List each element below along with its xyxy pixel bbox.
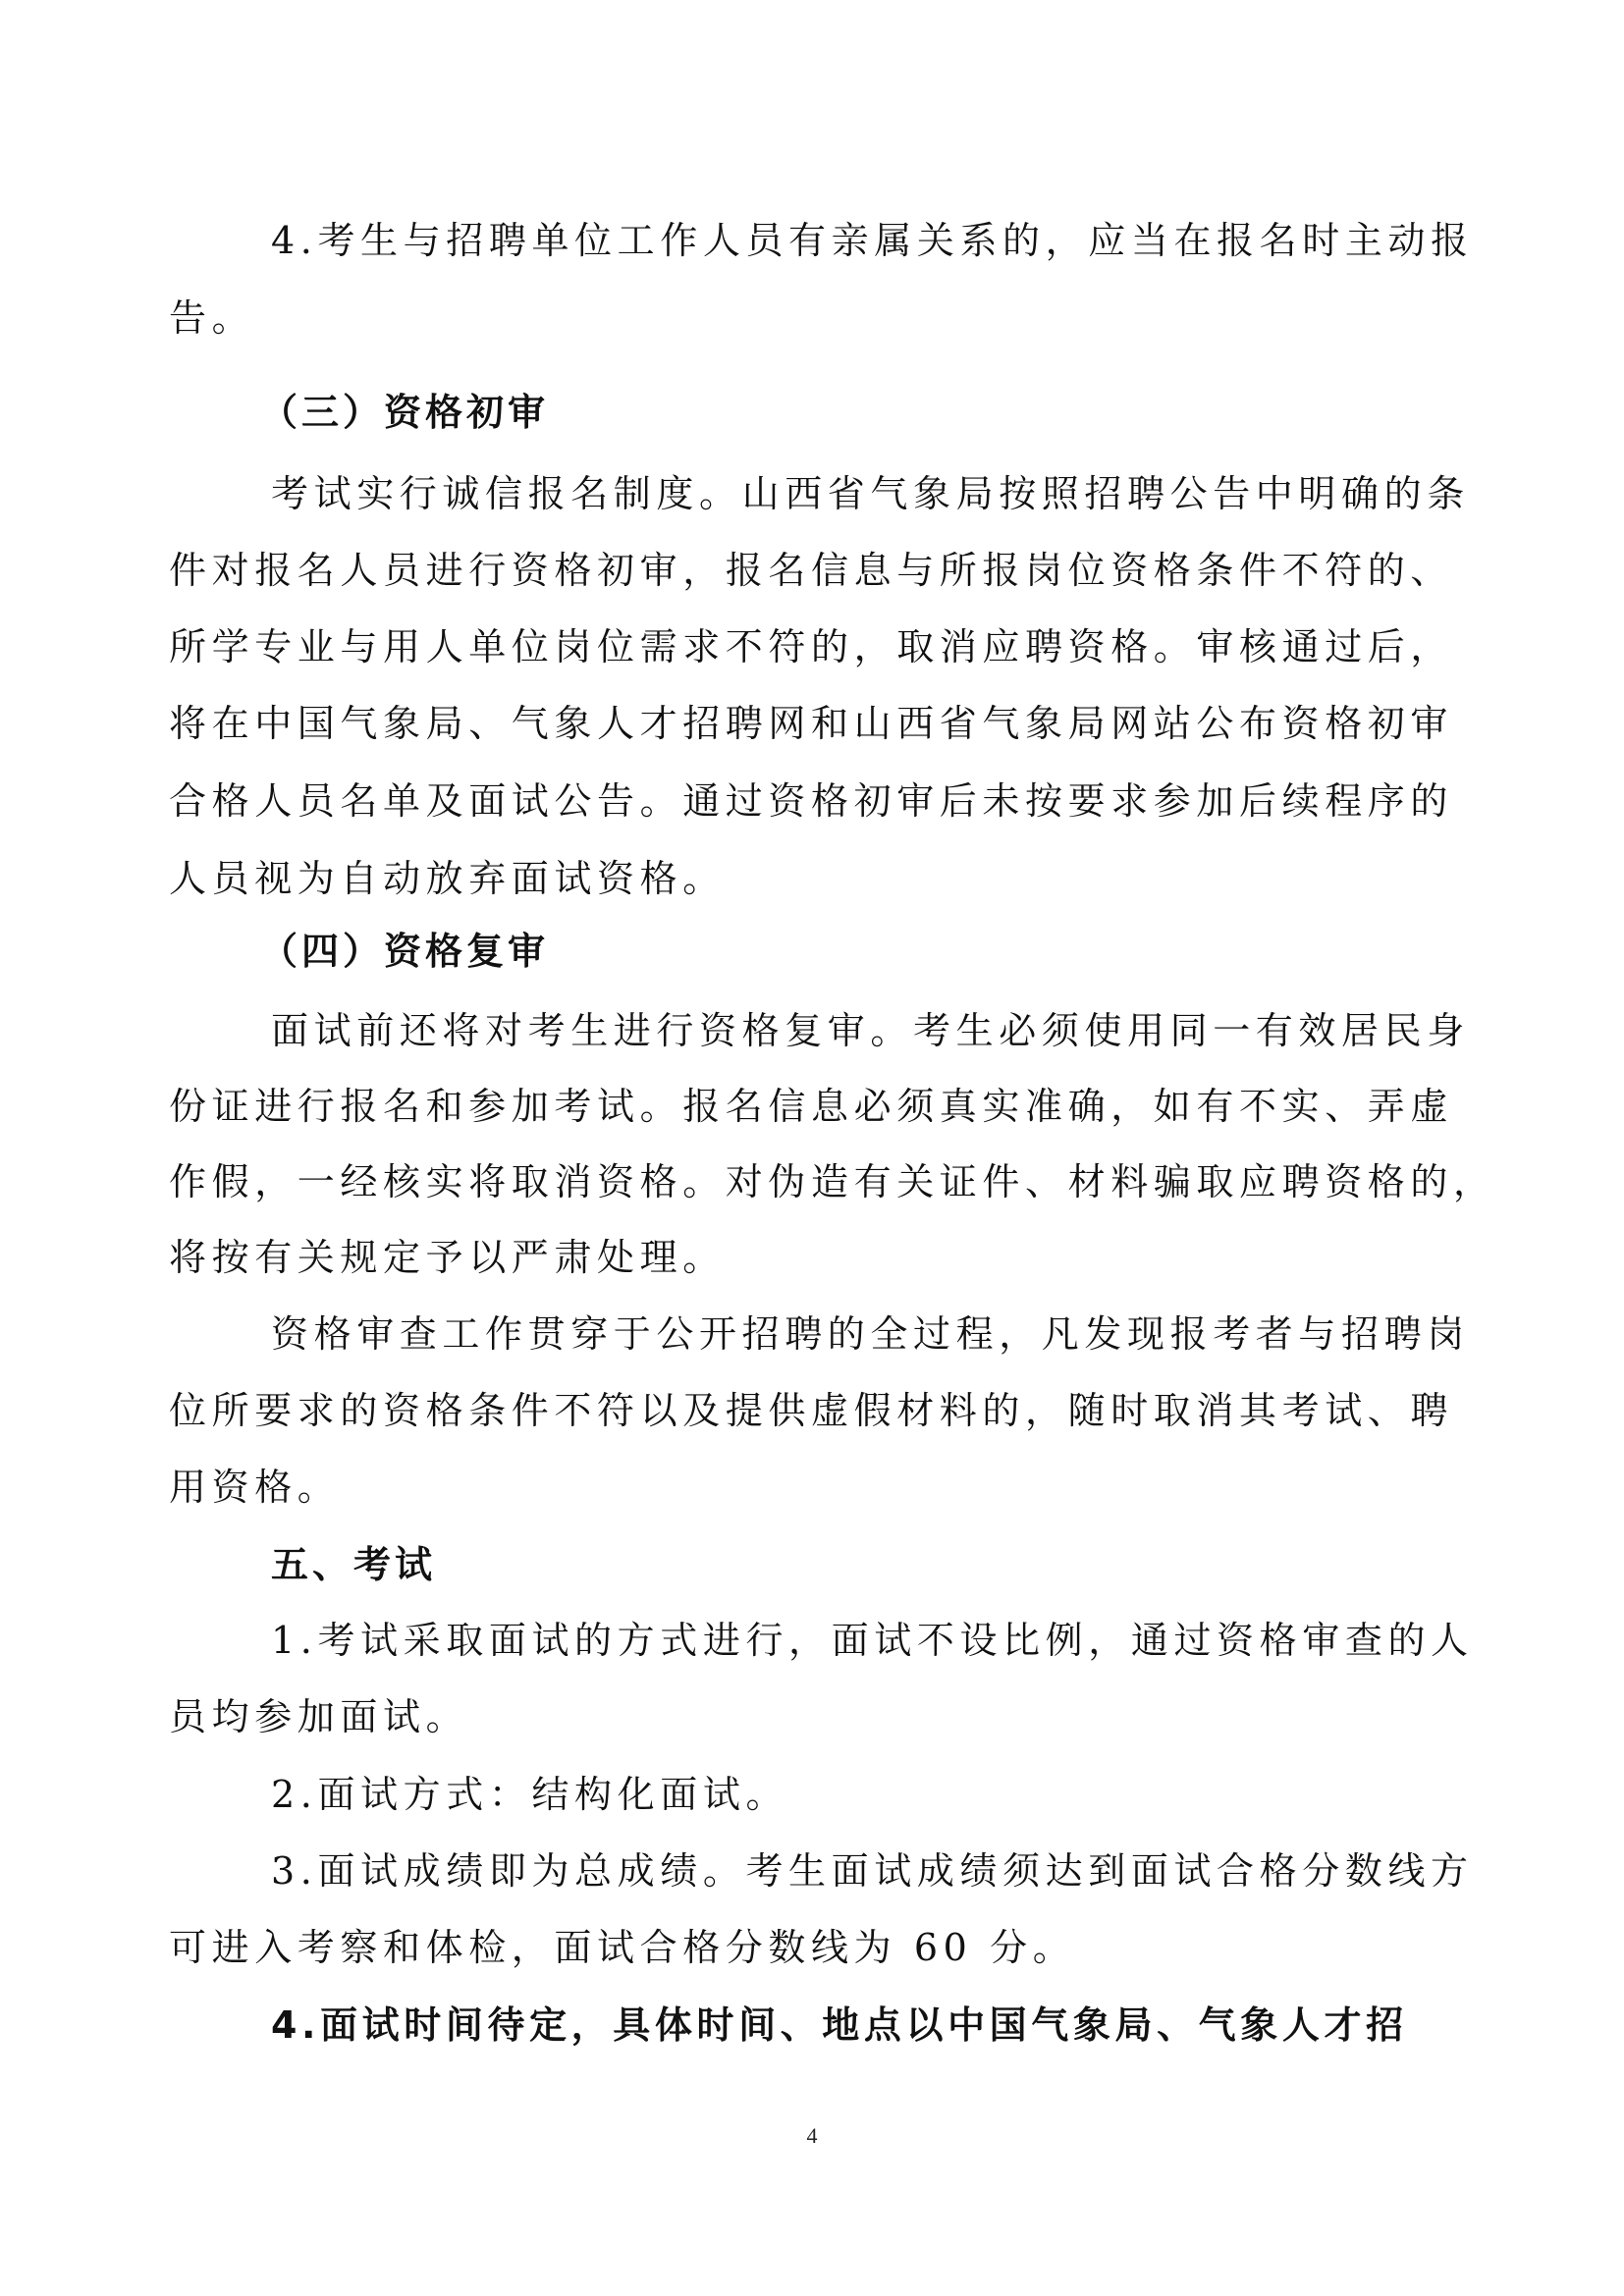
paragraph-line: 可进入考察和体检，面试合格分数线为 60 分。 — [169, 1924, 1475, 1971]
paragraph-line: 将按有关规定予以严肃处理。 — [169, 1234, 1475, 1281]
paragraph-line: 考试实行诚信报名制度。山西省气象局按照招聘公告中明确的条 — [271, 470, 1475, 517]
paragraph-line: 所学专业与用人单位岗位需求不符的，取消应聘资格。审核通过后， — [169, 623, 1475, 670]
paragraph-line: 面试前还将对考生进行资格复审。考生必须使用同一有效居民身 — [271, 1007, 1475, 1054]
paragraph-line: 4.考生与招聘单位工作人员有亲属关系的，应当在报名时主动报 — [271, 217, 1475, 264]
document-page: 4.考生与招聘单位工作人员有亲属关系的，应当在报名时主动报 告。 （三）资格初审… — [0, 0, 1624, 2296]
page-number: 4 — [802, 2123, 822, 2149]
paragraph-line: 件对报名人员进行资格初审，报名信息与所报岗位资格条件不符的、 — [169, 547, 1475, 594]
paragraph-line: 将在中国气象局、气象人才招聘网和山西省气象局网站公布资格初审 — [169, 700, 1475, 747]
paragraph-line: 3.面试成绩即为总成绩。考生面试成绩须达到面试合格分数线方 — [271, 1847, 1475, 1895]
paragraph-line: 合格人员名单及面试公告。通过资格初审后未按要求参加后续程序的 — [169, 777, 1475, 825]
section-heading: （四）资格复审 — [260, 928, 1464, 975]
paragraph-line: 告。 — [169, 294, 1475, 342]
paragraph-line: 员均参加面试。 — [169, 1693, 1475, 1740]
paragraph-line: 资格审查工作贯穿于公开招聘的全过程，凡发现报考者与招聘岗 — [271, 1310, 1475, 1358]
paragraph-line: 2.面试方式：结构化面试。 — [271, 1771, 1475, 1818]
paragraph-line: 位所要求的资格条件不符以及提供虚假材料的，随时取消其考试、聘 — [169, 1387, 1475, 1434]
section-heading: 五、考试 — [271, 1541, 1475, 1588]
paragraph-line-bold: 4.面试时间待定，具体时间、地点以中国气象局、气象人才招 — [271, 2002, 1475, 2049]
paragraph-line: 人员视为自动放弃面试资格。 — [169, 855, 1475, 902]
paragraph-line: 1.考试采取面试的方式进行，面试不设比例，通过资格审查的人 — [271, 1617, 1475, 1664]
section-heading: （三）资格初审 — [260, 389, 1464, 436]
paragraph-line: 份证进行报名和参加考试。报名信息必须真实准确，如有不实、弄虚 — [169, 1083, 1475, 1130]
paragraph-line: 作假，一经核实将取消资格。对伪造有关证件、材料骗取应聘资格的， — [169, 1158, 1475, 1205]
paragraph-line: 用资格。 — [169, 1464, 1475, 1511]
